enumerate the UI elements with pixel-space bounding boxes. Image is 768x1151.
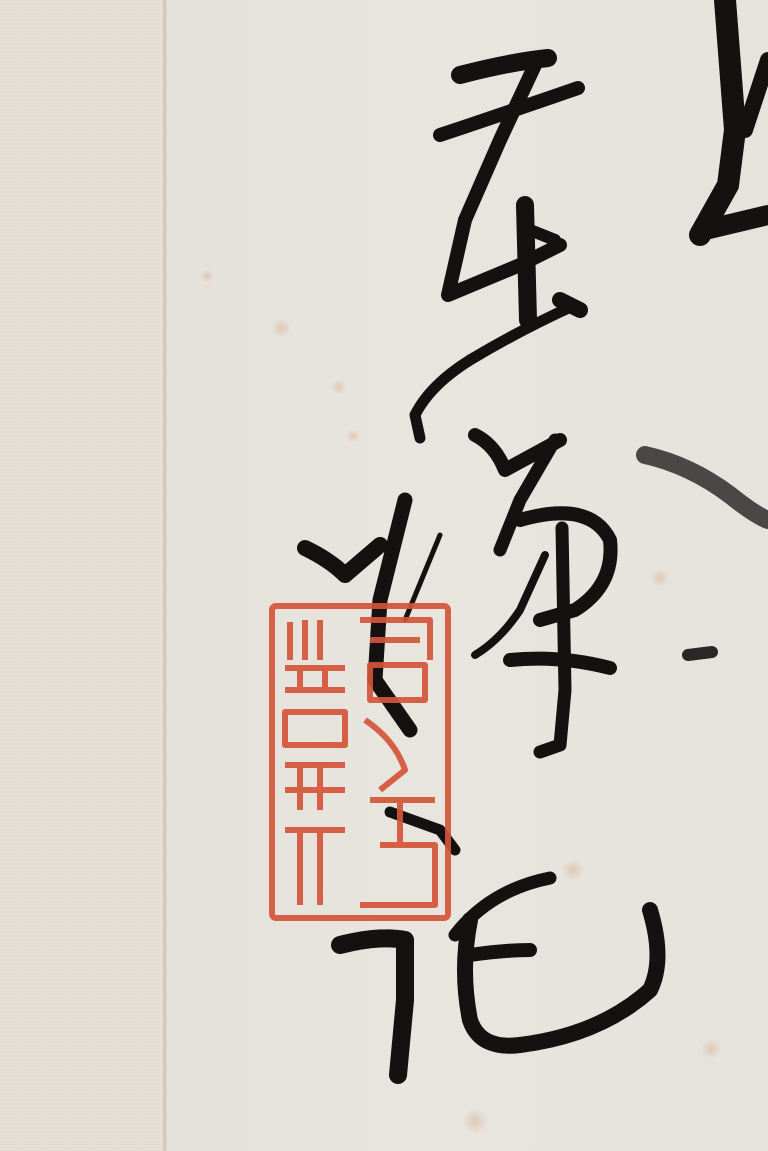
calligraphy-artwork (0, 0, 768, 1151)
main-column-strokes (305, 58, 658, 1075)
red-seal (272, 606, 448, 918)
right-column-strokes (645, 0, 768, 655)
